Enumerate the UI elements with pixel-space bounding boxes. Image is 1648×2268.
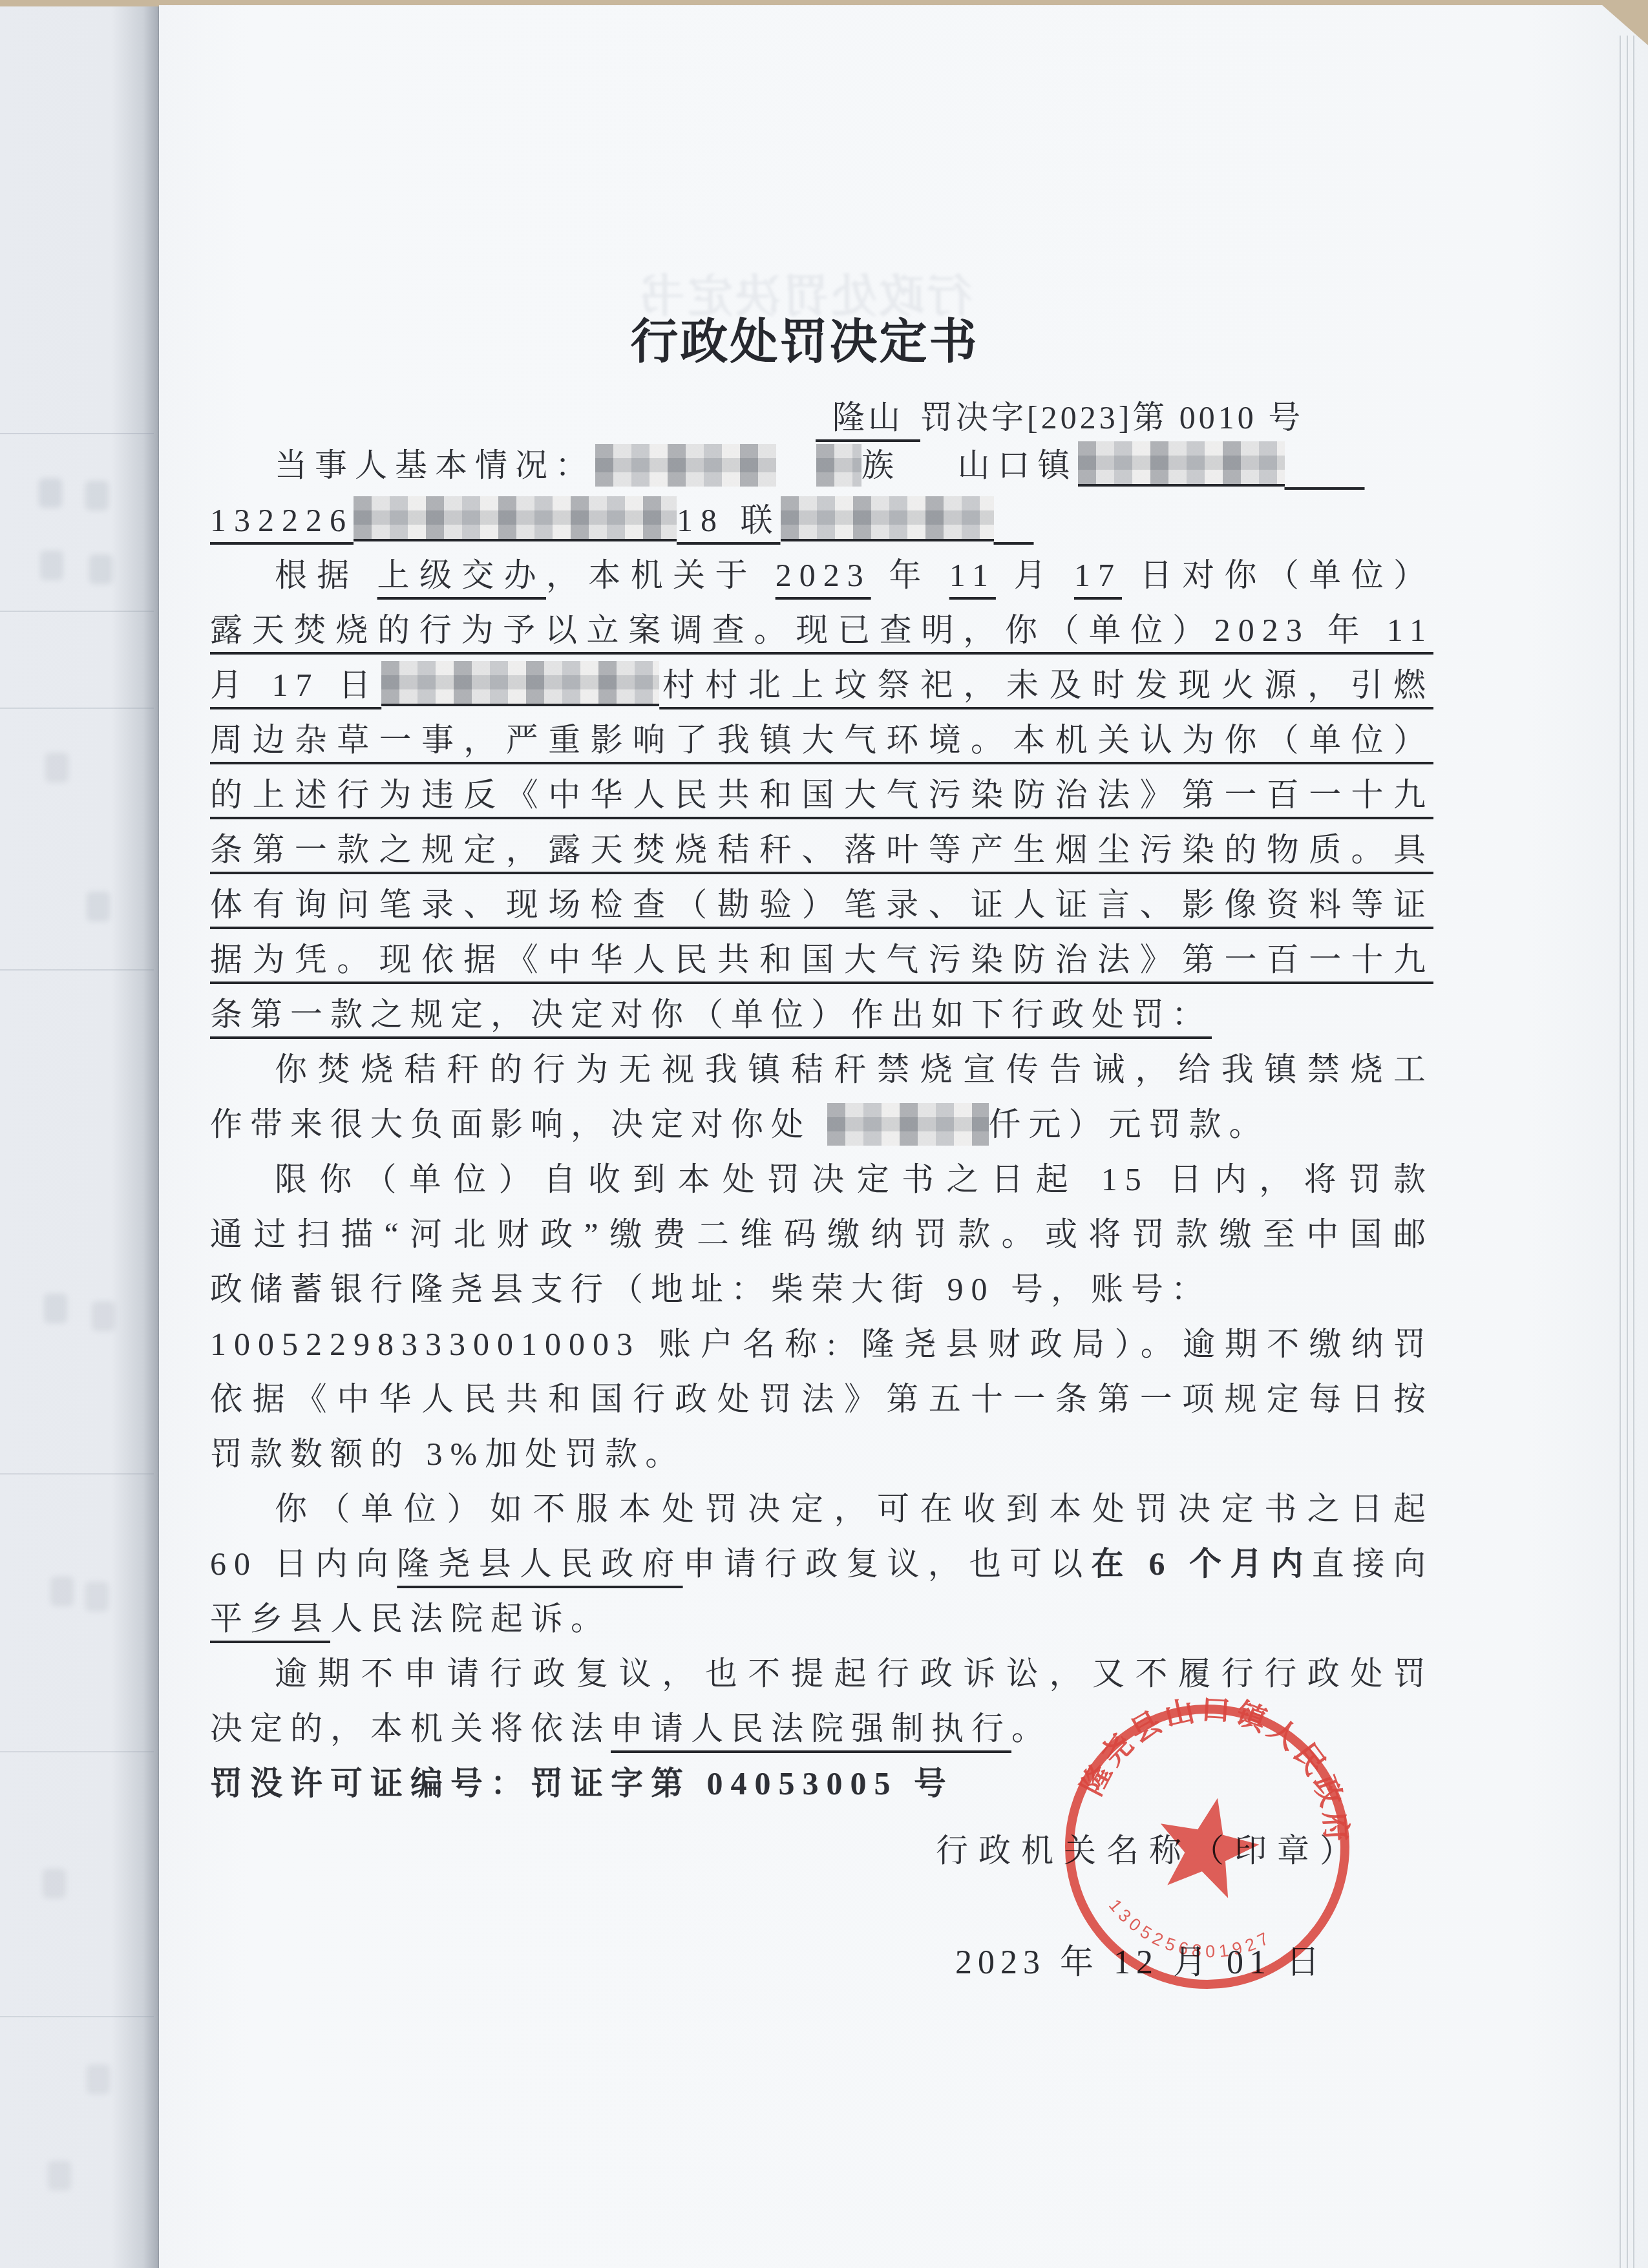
text-line: 当事人基本情况： 族 山口镇: [210, 438, 1433, 493]
text-line: 周边杂草一事，严重影响了我镇大气环境。本机关认为你（单位）: [210, 713, 1433, 768]
text-segment: 罚款数额的 3%加处罚款。: [210, 1436, 685, 1472]
text-segment: 60 日内向: [210, 1546, 397, 1582]
text-segment: 族 山口镇: [861, 447, 1078, 483]
text-segment: 日对你（单位）: [1122, 557, 1433, 593]
redaction-mosaic: [827, 1103, 989, 1146]
text-segment: 当事人基本情况：: [275, 447, 595, 483]
text-segment: 仟元）元罚款。: [989, 1106, 1269, 1142]
page-stack-edge-line: [1620, 36, 1621, 2268]
text-line: 限你（单位）自收到本处罚决定书之日起 15 日内，将罚款: [210, 1152, 1433, 1207]
text-segment: 据为凭。现依据《中华人民共和国大气污染防治法》第一百一十九: [210, 941, 1433, 978]
redaction-mosaic: [1078, 441, 1285, 487]
text-segment: 条第一款之规定，决定对你（单位）作出如下行政处罚：: [210, 996, 1212, 1033]
text-segment: 作带来很大负面影响，决定对你处: [210, 1106, 827, 1142]
scanned-document: { "document": { "title": "行政处罚决定书", "doc…: [0, 0, 1648, 2268]
text-segment: 11: [949, 557, 996, 593]
text-segment: 村村北上坟祭祀，未及时发现火源，引燃: [659, 667, 1433, 703]
bleed-through-marks: [39, 478, 62, 508]
text-segment: 根据: [275, 557, 377, 593]
text-line: 100522983330010003 账户名称: 隆尧县财政局）。逾期不缴纳罚款…: [210, 1317, 1433, 1372]
text-line: 根据 上级交办，本机关于 2023 年 11 月 17 日对你（单位）: [210, 548, 1433, 603]
redaction-mosaic: [595, 444, 776, 487]
text-line: 的上述行为违反《中华人民共和国大气污染防治法》第一百一十九: [210, 768, 1433, 823]
title-bleed-ghost: 行政处罚决定书: [194, 274, 1415, 319]
text-segment: 体有询问笔录、现场检查（勘验）笔录、证人证言、影像资料等证: [210, 887, 1433, 923]
bleed-through-table-lines: [0, 433, 154, 434]
text-line: 政储蓄银行隆尧县支行（地址：柴荣大街 90 号，账号：: [210, 1262, 1433, 1317]
text-segment: 决定的，本机关将依法: [210, 1710, 611, 1747]
text-segment: 隆尧县人民政府: [397, 1546, 682, 1582]
text-segment: [1285, 447, 1365, 483]
text-segment: 申请行政复议，也可以: [683, 1546, 1092, 1582]
text-segment: 在 6 个月内: [1092, 1546, 1312, 1582]
text-segment: [994, 502, 1034, 538]
document-body: 当事人基本情况： 族 山口镇 13222618 联 根据 上级交办，本机关于 2…: [210, 438, 1433, 1811]
text-line: 通过扫描“河北财政”缴费二维码缴纳罚款。或将罚款缴至中国邮: [210, 1207, 1433, 1262]
text-segment: 周边杂草一事，严重影响了我镇大气环境。本机关认为你（单位）: [210, 722, 1433, 758]
official-seal: 隆尧县山口镇人民政府 1305256801927: [1052, 1692, 1362, 2002]
text-line: 作带来很大负面影响，决定对你处 仟元）元罚款。: [210, 1097, 1433, 1152]
text-segment: 条第一款之规定，露天焚烧秸秆、落叶等产生烟尘污染的物质。具: [210, 832, 1433, 868]
page-stack-edge-line: [1633, 36, 1634, 2268]
document-number-text: 罚决字[2023]第 0010 号: [920, 399, 1304, 436]
text-segment: 2023: [776, 557, 871, 593]
text-line: 依据《中华人民共和国行政处罚法》第五十一条第一项规定每日按: [210, 1372, 1433, 1427]
text-line: 月 17 日村村北上坟祭祀，未及时发现火源，引燃: [210, 658, 1433, 713]
text-segment: 132226: [210, 502, 354, 538]
text-line: 60 日内向隆尧县人民政府申请行政复议，也可以在 6 个月内直接向: [210, 1537, 1433, 1591]
text-segment: ，本机关于: [546, 557, 776, 593]
text-segment: 罚没许可证编号：罚证字第 04053005 号: [210, 1765, 954, 1801]
text-line: 条第一款之规定，露天焚烧秸秆、落叶等产生烟尘污染的物质。具: [210, 823, 1433, 877]
text-line: 体有询问笔录、现场检查（勘验）笔录、证人证言、影像资料等证: [210, 877, 1433, 932]
text-line: 13222618 联: [210, 493, 1433, 548]
text-segment: 依据《中华人民共和国行政处罚法》第五十一条第一项规定每日按: [210, 1381, 1433, 1417]
document-number: 隆山罚决字[2023]第 0010 号: [816, 392, 1304, 438]
seal-code-holder: 1305256801927: [1098, 1893, 1278, 1977]
text-segment: 限你（单位）自收到本处罚决定书之日起 15 日内，将罚款: [275, 1161, 1433, 1197]
redaction-mosaic: [381, 661, 659, 706]
text-segment: 逾期不申请行政复议，也不提起行政诉讼，又不履行行政处罚: [275, 1655, 1433, 1692]
underlying-page-edge: [0, 6, 159, 2268]
text-segment: 露天焚烧的行为予以立案调查。现已查明，你（单位）2023 年 11: [210, 612, 1433, 648]
seal-code: 1305256801927: [1098, 1893, 1278, 1977]
text-segment: 政储蓄银行隆尧县支行（地址：柴荣大街 90 号，账号：: [210, 1271, 1211, 1307]
text-segment: 你焚烧秸秆的行为无视我镇秸秆禁烧宣传告诫，给我镇禁烧工: [275, 1051, 1433, 1087]
text-segment: 年: [871, 557, 949, 593]
text-segment: 17: [1074, 557, 1122, 593]
document-title: 行政处罚决定书: [194, 314, 1415, 369]
text-line: 条第一款之规定，决定对你（单位）作出如下行政处罚：: [210, 987, 1433, 1042]
text-segment: 100522983330010003 账户名称: 隆尧县财政局）。逾期不缴纳罚款…: [210, 1326, 1433, 1372]
text-line: 你焚烧秸秆的行为无视我镇秸秆禁烧宣传告诫，给我镇禁烧工: [210, 1042, 1433, 1097]
text-segment: 直接向: [1312, 1546, 1433, 1582]
text-line: 罚款数额的 3%加处罚款。: [210, 1427, 1433, 1482]
text-segment: [776, 447, 816, 483]
text-segment: 18 联: [677, 502, 781, 538]
redaction-mosaic: [781, 496, 994, 541]
text-segment: 平乡县: [210, 1601, 330, 1637]
text-segment: 你（单位）如不服本处罚决定，可在收到本处罚决定书之日起: [275, 1491, 1433, 1527]
text-segment: 月 17 日: [210, 667, 381, 703]
text-segment: 月: [996, 557, 1074, 593]
text-segment: 通过扫描“河北财政”缴费二维码缴纳罚款。或将罚款缴至中国邮: [210, 1216, 1433, 1252]
text-segment: 人民法院起诉。: [330, 1601, 611, 1637]
text-segment: 。: [1011, 1710, 1051, 1747]
redaction-mosaic: [816, 444, 861, 487]
text-segment: 上级交办: [377, 557, 546, 593]
redaction-mosaic: [354, 496, 677, 541]
issuing-agency-abbrev: 隆山: [816, 399, 920, 442]
text-segment: 申请人民法院强制执行: [611, 1710, 1011, 1747]
text-segment: 的上述行为违反《中华人民共和国大气污染防治法》第一百一十九: [210, 777, 1433, 813]
text-line: 你（单位）如不服本处罚决定，可在收到本处罚决定书之日起: [210, 1482, 1433, 1537]
seal-star: [1148, 1787, 1267, 1902]
page-stack-edge-line: [1627, 36, 1628, 2268]
text-line: 露天焚烧的行为予以立案调查。现已查明，你（单位）2023 年 11: [210, 603, 1433, 658]
text-line: 据为凭。现依据《中华人民共和国大气污染防治法》第一百一十九: [210, 932, 1433, 987]
text-line: 平乡县人民法院起诉。: [210, 1591, 1433, 1646]
